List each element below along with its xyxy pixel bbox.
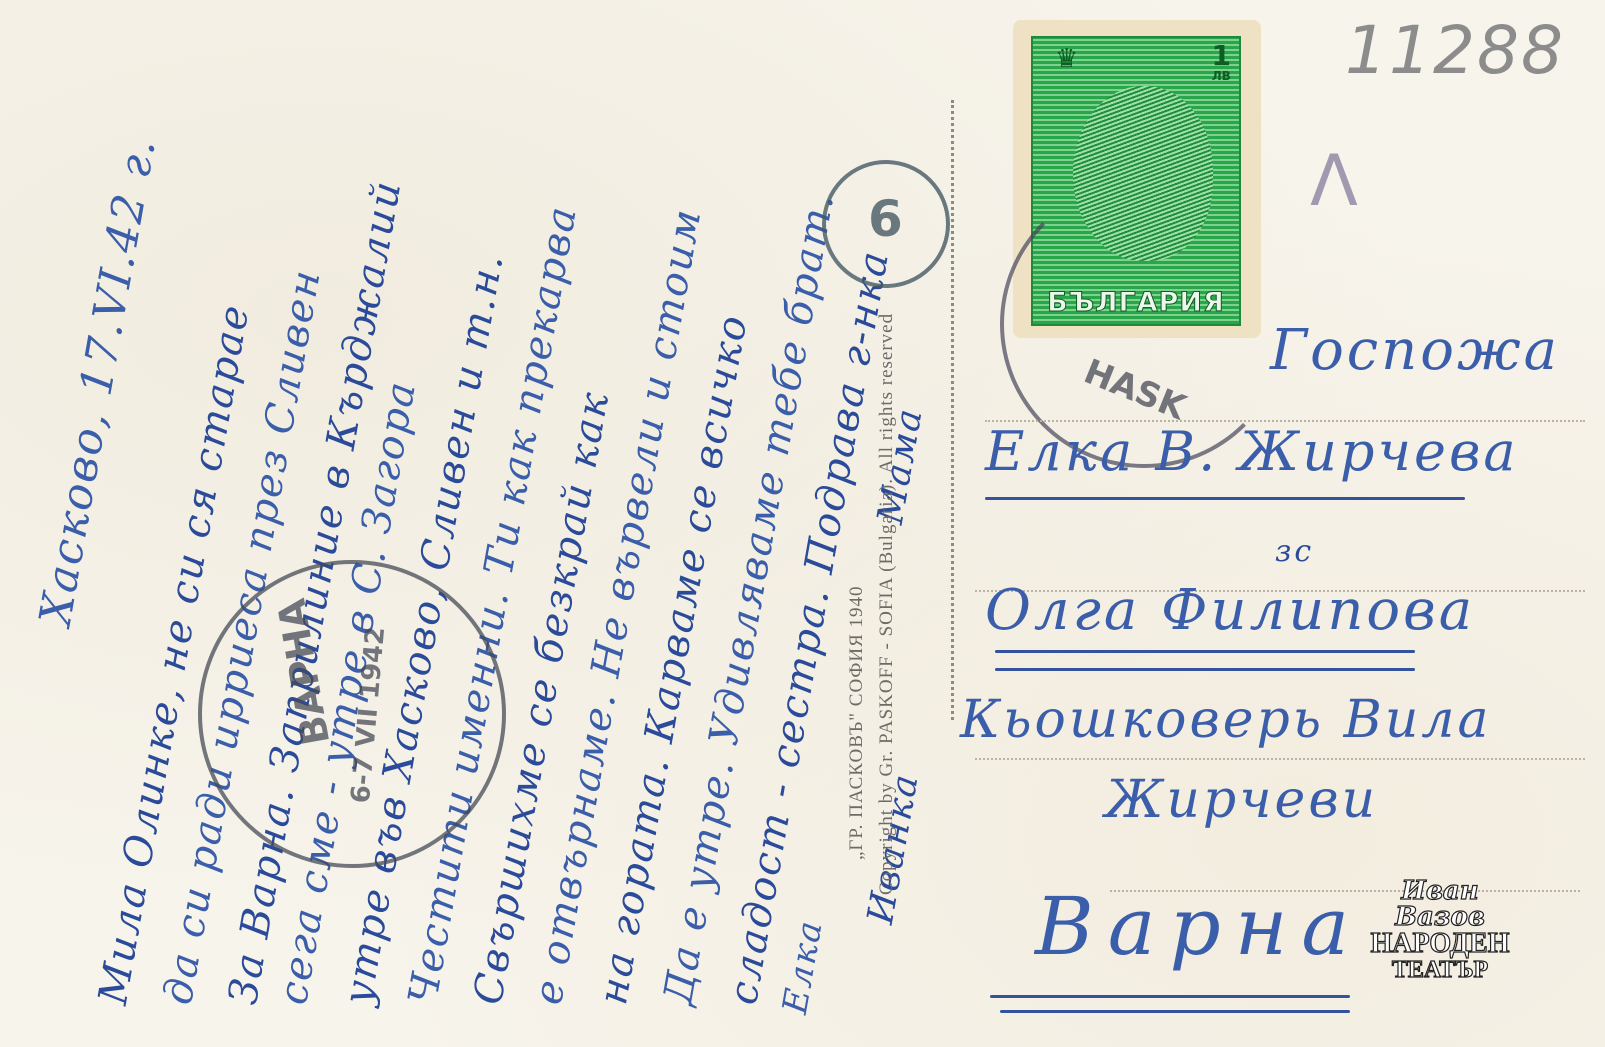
postcard-back: Хасково, 17.VI.42 г. Мила Олинке, не си … <box>0 0 1605 1047</box>
city-underline-2 <box>1000 1010 1350 1013</box>
address-villa: Жирчеви <box>1105 770 1378 830</box>
logo-line-2: ТЕАТЪР <box>1355 958 1525 982</box>
message-line: Елка <box>775 916 831 1017</box>
stamp-currency: ЛВ <box>1212 70 1231 82</box>
message-line-date: Хасково, 17.VI.42 г. <box>30 133 166 629</box>
logo-script: Иван Вазов <box>1355 878 1525 930</box>
ink-mark: Λ <box>1310 140 1440 220</box>
stamp-value: 1 ЛВ <box>1212 42 1231 82</box>
stamp-value-number: 1 <box>1212 39 1231 72</box>
address-street: Кьошковерь Вила <box>960 690 1491 750</box>
city-underline <box>990 995 1350 998</box>
address-care-of: зс <box>1275 534 1314 569</box>
address-rule <box>975 758 1585 760</box>
national-theatre-logo: Иван Вазов НАРОДЕН ТЕАТЪР <box>1355 878 1525 982</box>
recipient-underline <box>985 497 1465 500</box>
postmark-small-number: 6 <box>868 190 903 248</box>
crown-icon: ♛ <box>1055 44 1078 74</box>
address-city: Варна <box>1035 880 1363 973</box>
postmark-varna <box>198 560 506 868</box>
copyright-notice: Copyright by Gr. PASKOFF - SOFIA (Bulgar… <box>876 313 898 895</box>
publisher-imprint: „ГР. ПАСКОВЪ" СОФИЯ 1940 <box>846 585 868 860</box>
host-underline-2 <box>995 668 1415 671</box>
address-recipient: Елка В. Жирчева <box>985 420 1519 483</box>
logo-line-1: НАРОДЕН <box>1355 930 1525 958</box>
card-divider <box>951 100 954 720</box>
address-host: Олга Филипова <box>985 578 1475 643</box>
catalog-number: 11288 <box>1345 12 1565 89</box>
host-underline <box>995 650 1415 653</box>
address-salutation: Госпожа <box>1270 318 1560 383</box>
